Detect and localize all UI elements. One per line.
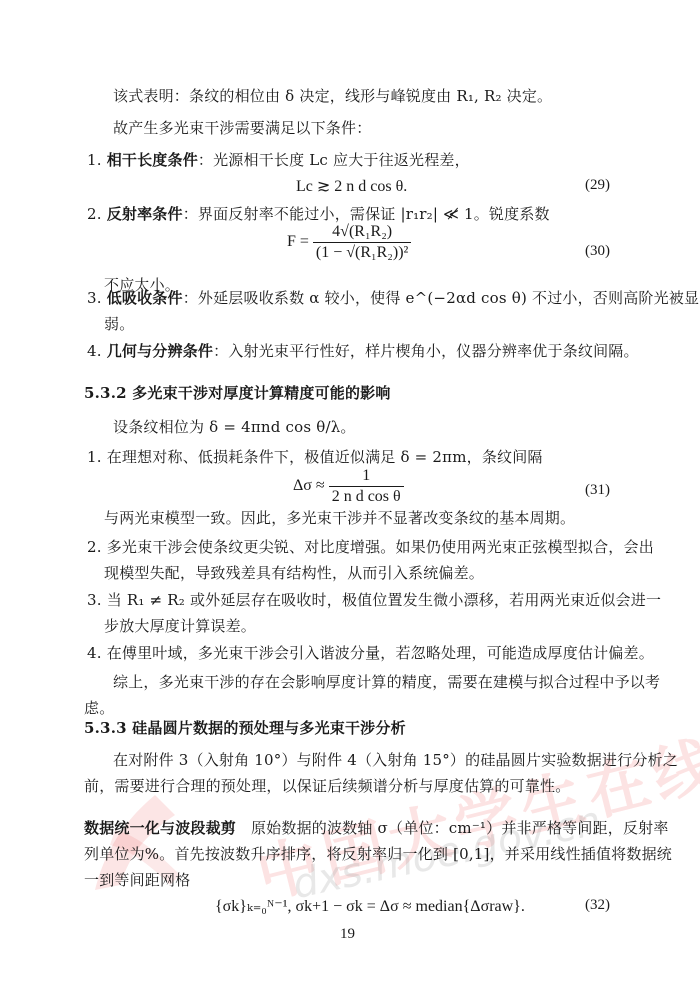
paragraph: 该式表明：条纹的相位由 δ 决定，线形与峰锐度由 R₁, R₂ 决定。 xyxy=(113,86,552,106)
paragraph-continuation: 虑。 xyxy=(84,698,114,718)
fraction: 4√(R₁R₂) (1 − √(R₁R₂))² xyxy=(313,222,411,263)
list-item-text: ：入射光束平行性好，样片楔角小，仪器分辨率优于条纹间隔。 xyxy=(213,342,639,360)
list-item: 2. 反射率条件：界面反射率不能过小，需保证 |r₁r₂| ≪̸ 1。锐度系数 xyxy=(87,204,550,224)
list-item-title: 几何与分辨条件 xyxy=(107,342,213,360)
page-number: 19 xyxy=(340,926,355,943)
list-item: 1. 相干长度条件：光源相干长度 Lc 应大于往返光程差， xyxy=(87,150,470,170)
paragraph: 在对附件 3（入射角 10°）与附件 4（入射角 15°）的硅晶圆片实验数据进行… xyxy=(113,750,678,770)
list-number: 3. xyxy=(87,289,102,307)
list-item-text: 当 R₁ ≠ R₂ 或外延层存在吸收时，极值位置发生微小漂移，若用两光束近似会进… xyxy=(107,591,661,609)
list-item-text: ：光源相干长度 Lc 应大于往返光程差， xyxy=(198,151,470,169)
list-item-text: 多光束干涉会使条纹更尖锐、对比度增强。如果仍使用两光束正弦模型拟合，会出 xyxy=(107,538,654,556)
paragraph-text: 原始数据的波数轴 σ（单位：cm⁻¹）并非严格等间距，反射率 xyxy=(251,819,669,837)
list-item: 1. 在理想对称、低损耗条件下，极值近似满足 δ = 2πm，条纹间隔 xyxy=(87,447,543,467)
numerator: 4√(R₁R₂) xyxy=(313,222,411,243)
list-item: 4. 几何与分辨条件：入射光束平行性好，样片楔角小，仪器分辨率优于条纹间隔。 xyxy=(87,341,639,361)
denominator: (1 − √(R₁R₂))² xyxy=(313,243,411,263)
paragraph: 数据统一化与波段裁剪 原始数据的波数轴 σ（单位：cm⁻¹）并非严格等间距，反射… xyxy=(84,818,669,838)
list-item-title: 低吸收条件 xyxy=(107,289,183,307)
list-item-text: 在理想对称、低损耗条件下，极值近似满足 δ = 2πm，条纹间隔 xyxy=(107,448,543,466)
list-number: 3. xyxy=(87,591,102,609)
list-number: 1. xyxy=(87,448,102,466)
denominator: 2 n d cos θ xyxy=(329,487,404,507)
list-item-text: ：界面反射率不能过小，需保证 |r₁r₂| ≪̸ 1。锐度系数 xyxy=(183,205,550,223)
list-number: 2. xyxy=(87,538,102,556)
equation-number: (32) xyxy=(585,897,610,914)
list-item-text: ：外延层吸收系数 α 较小，使得 e^(−2αd cos θ) 不过小，否则高阶… xyxy=(183,289,700,307)
paragraph: 故产生多光束干涉需要满足以下条件： xyxy=(113,118,371,138)
paragraph-continuation: 一到等间距网格 xyxy=(84,870,190,890)
paragraph-continuation: 列单位为%。首先按波数升序排序，将反射率归一化到 [0,1]，并采用线性插值将数… xyxy=(84,844,672,864)
list-number: 1. xyxy=(87,151,102,169)
paragraph-title: 数据统一化与波段裁剪 xyxy=(84,819,236,837)
list-number: 4. xyxy=(87,342,102,360)
equation-lhs: Δσ ≈ xyxy=(293,477,325,494)
equation-lhs: F = xyxy=(287,233,309,250)
equation-31: Δσ ≈ 1 2 n d cos θ xyxy=(293,466,404,507)
list-item: 2. 多光束干涉会使条纹更尖锐、对比度增强。如果仍使用两光束正弦模型拟合，会出 xyxy=(87,537,654,557)
list-item: 3. 低吸收条件：外延层吸收系数 α 较小，使得 e^(−2αd cos θ) … xyxy=(87,288,700,308)
equation-number: (29) xyxy=(585,177,610,194)
list-item-continuation: 现模型失配，导致残差具有结构性，从而引入系统偏差。 xyxy=(104,563,484,583)
list-number: 4. xyxy=(87,644,102,662)
equation-32: {σk}ₖ₌₀ᴺ⁻¹, σk+1 − σk = Δσ ≈ median{Δσra… xyxy=(215,897,525,917)
paragraph-continuation: 前，需要进行合理的预处理，以保证后续频谱分析与厚度估算的可靠性。 xyxy=(84,776,570,796)
equation-29: Lc ≳ 2 n d cos θ. xyxy=(296,177,407,197)
numerator: 1 xyxy=(329,466,404,487)
list-item-continuation: 弱。 xyxy=(104,314,134,334)
list-item-continuation: 步放大厚度计算误差。 xyxy=(104,616,256,636)
list-number: 2. xyxy=(87,205,102,223)
list-item: 3. 当 R₁ ≠ R₂ 或外延层存在吸收时，极值位置发生微小漂移，若用两光束近… xyxy=(87,590,661,610)
fraction: 1 2 n d cos θ xyxy=(329,466,404,507)
equation-30: F = 4√(R₁R₂) (1 − √(R₁R₂))² xyxy=(287,222,411,263)
list-item-title: 相干长度条件 xyxy=(107,151,198,169)
equation-number: (31) xyxy=(585,482,610,499)
section-heading: 5.3.2 多光束干涉对厚度计算精度可能的影响 xyxy=(84,383,391,403)
watermark-text: 中国大学生在线 xyxy=(246,714,700,916)
list-item-title: 反射率条件 xyxy=(107,205,183,223)
list-item: 4. 在傅里叶域，多光束干涉会引入谐波分量，若忽略处理，可能造成厚度估计偏差。 xyxy=(87,643,654,663)
list-item-text: 在傅里叶域，多光束干涉会引入谐波分量，若忽略处理，可能造成厚度估计偏差。 xyxy=(107,644,654,662)
paragraph: 设条纹相位为 δ = 4πnd cos θ/λ。 xyxy=(113,417,356,437)
paragraph: 与两光束模型一致。因此，多光束干涉并不显著改变条纹的基本周期。 xyxy=(104,508,575,528)
section-heading: 5.3.3 硅晶圆片数据的预处理与多光束干涉分析 xyxy=(84,718,406,738)
equation-number: (30) xyxy=(585,243,610,260)
document-page: 中国大学生在线 dxs.moe.gov.cn 该式表明：条纹的相位由 δ 决定，… xyxy=(0,0,700,989)
paragraph: 综上，多光束干涉的存在会影响厚度计算的精度，需要在建模与拟合过程中予以考 xyxy=(113,672,660,692)
